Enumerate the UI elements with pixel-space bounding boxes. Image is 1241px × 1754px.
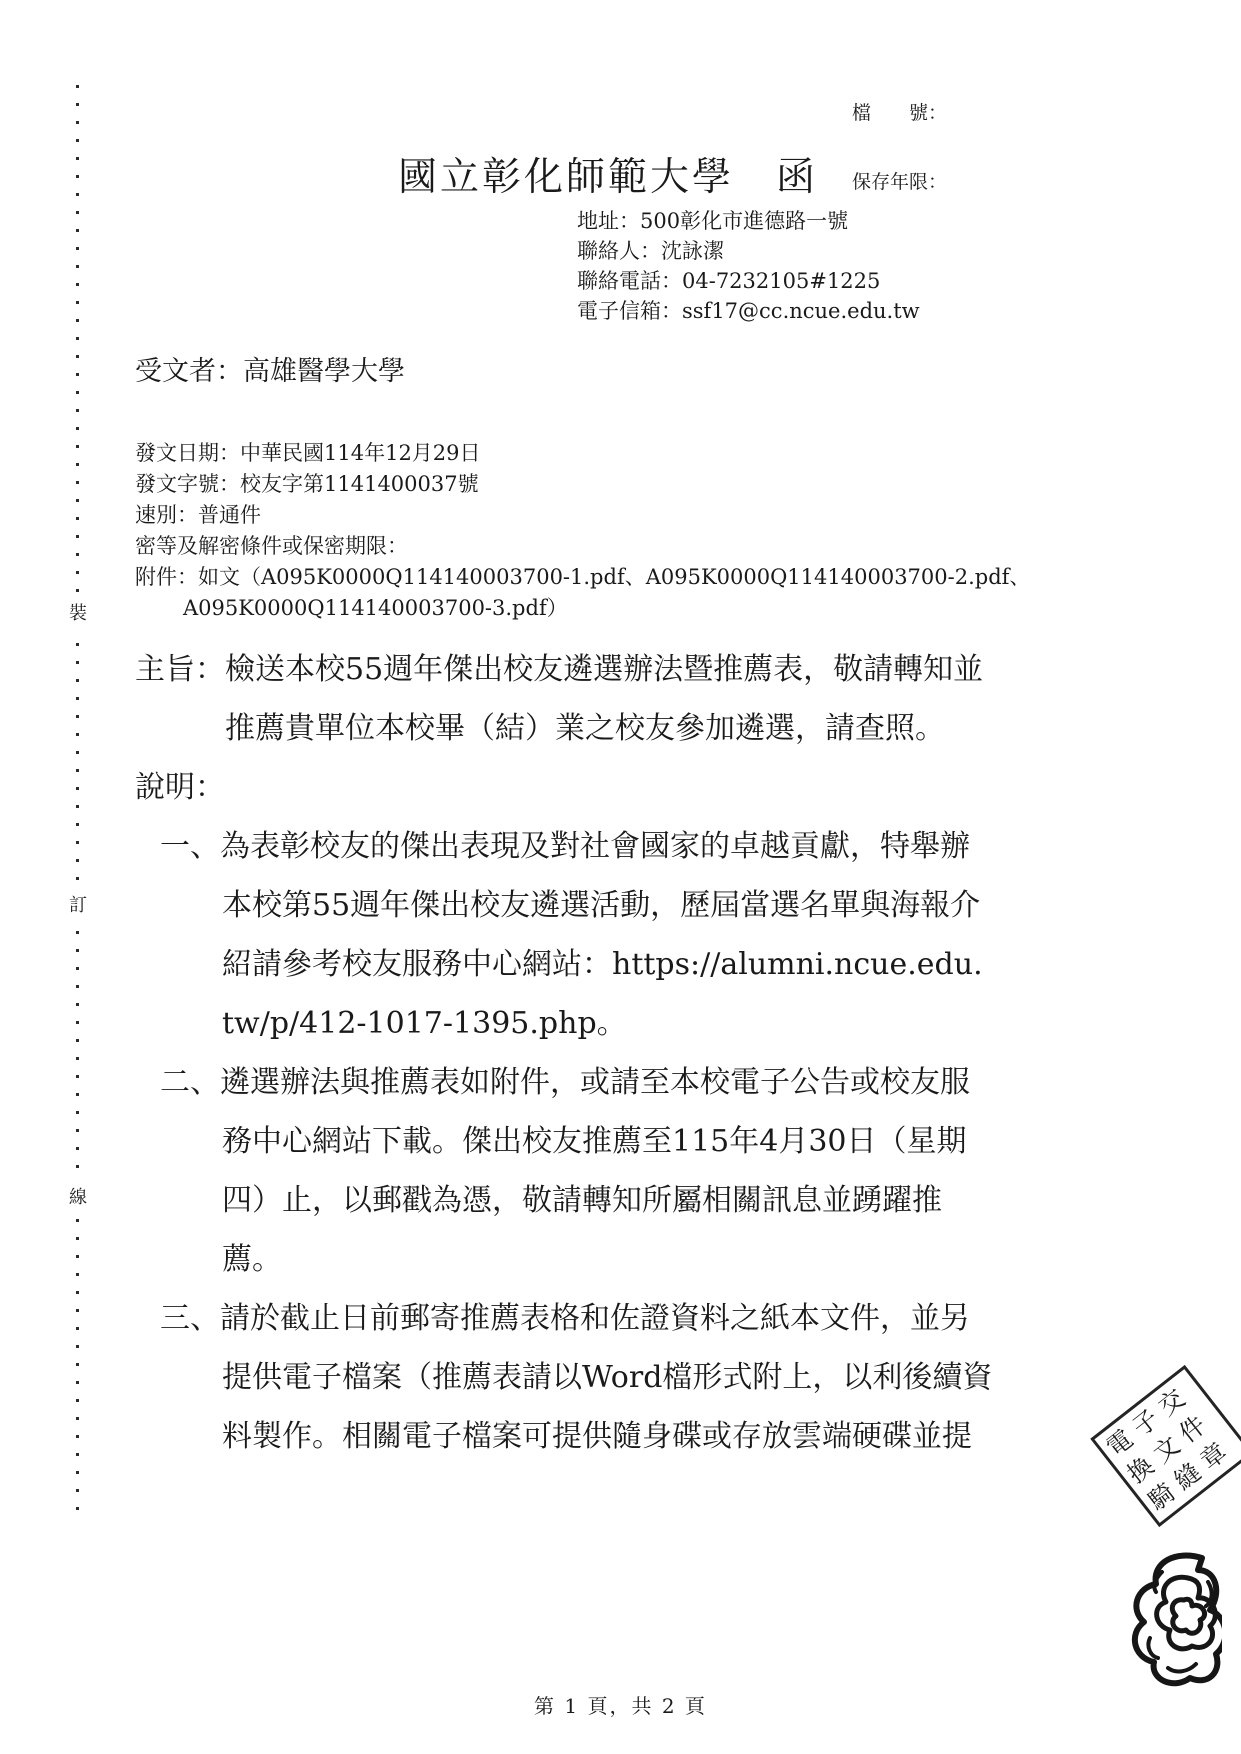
meta-line-number: 發文字號：校友字第1141400037號	[135, 469, 1030, 500]
item2-line: 務中心網站下載。傑出校友推薦至115年4月30日（星期	[135, 1112, 1125, 1171]
page-number-footer: 第 1 頁，共 2 頁	[0, 1690, 1241, 1719]
meta-line-attachment-cont: A095K0000Q114140003700-3.pdf）	[135, 593, 1030, 624]
letter-body: 主旨：檢送本校55週年傑出校友遴選辦法暨推薦表，敬請轉知並 推薦貴單位本校畢（結…	[135, 640, 1125, 1466]
binding-label-ding: 訂	[65, 886, 91, 922]
item3-line: 提供電子檔案（推薦表請以Word檔形式附上，以利後續資	[135, 1348, 1125, 1407]
contact-person: 聯絡人：沈詠潔	[577, 236, 920, 266]
subject-line: 推薦貴單位本校畢（結）業之校友參加遴選，請查照。	[135, 699, 1125, 758]
binding-dotted-line	[76, 85, 79, 1522]
item2-line: 四）止，以郵戳為憑，敬請轉知所屬相關訊息並踴躍推	[135, 1171, 1125, 1230]
item3-line: 料製作。相關電子檔案可提供隨身碟或存放雲端硬碟並提	[135, 1407, 1125, 1466]
meta-line-attachment: 附件：如文（A095K0000Q114140003700-1.pdf、A095K…	[135, 562, 1030, 593]
contact-block: 地址：500彰化市進德路一號 聯絡人：沈詠潔 聯絡電話：04-7232105#1…	[577, 206, 920, 326]
subject-line: 主旨：檢送本校55週年傑出校友遴選辦法暨推薦表，敬請轉知並	[135, 640, 1125, 699]
item2-line: 薦。	[135, 1230, 1125, 1289]
item1-line: tw/p/412-1017-1395.php。	[135, 994, 1125, 1053]
item1-line: 紹請參考校友服務中心網站：https://alumni.ncue.edu.	[135, 935, 1125, 994]
contact-email: 電子信箱：ssf17@cc.ncue.edu.tw	[577, 296, 920, 326]
scribble-seal-icon	[1126, 1548, 1222, 1694]
contact-phone: 聯絡電話：04-7232105#1225	[577, 266, 920, 296]
item1-line: 一、為表彰校友的傑出表現及對社會國家的卓越貢獻，特舉辦	[135, 817, 1125, 876]
meta-block: 發文日期：中華民國114年12月29日 發文字號：校友字第1141400037號…	[135, 438, 1030, 624]
contact-address: 地址：500彰化市進德路一號	[577, 206, 920, 236]
item2-line: 二、遴選辦法與推薦表如附件，或請至本校電子公告或校友服	[135, 1053, 1125, 1112]
item3-line: 三、請於截止日前郵寄推薦表格和佐證資料之紙本文件，並另	[135, 1289, 1125, 1348]
meta-line-speed: 速別：普通件	[135, 500, 1030, 531]
explanation-label: 說明：	[135, 758, 1125, 817]
recipient-line: 受文者：高雄醫學大學	[135, 349, 405, 388]
page-title: 國立彰化師範大學 函	[398, 146, 818, 202]
meta-line-secrecy: 密等及解密條件或保密期限：	[135, 531, 1030, 562]
binding-label-zhuang: 裝	[65, 594, 91, 630]
meta-line-date: 發文日期：中華民國114年12月29日	[135, 438, 1030, 469]
retention-period-label: 保存年限：	[852, 171, 947, 194]
official-letter-page: 檔 號： 保存年限： 國立彰化師範大學 函 地址：500彰化市進德路一號 聯絡人…	[0, 0, 1241, 1754]
file-number-label: 檔 號：	[852, 102, 947, 125]
item1-line: 本校第55週年傑出校友遴選活動，歷屆當選名單與海報介	[135, 876, 1125, 935]
binding-label-xian: 線	[65, 1178, 91, 1214]
